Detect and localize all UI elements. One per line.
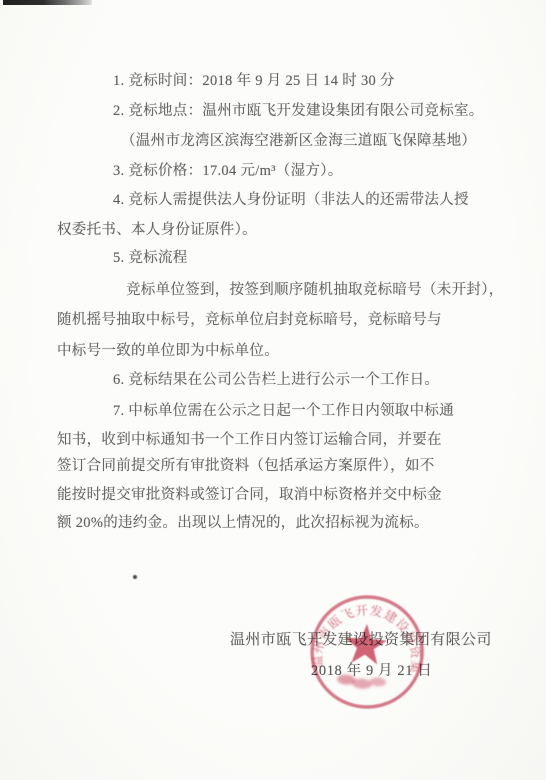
scanned-page: 1. 竞标时间：2018 年 9 月 25 日 14 时 30 分 2. 竞标地… <box>0 0 546 780</box>
doc-line-process-3: 中标号一致的单位即为中标单位。 <box>57 340 279 362</box>
star-icon <box>343 622 387 665</box>
doc-line-id-requirement2: 权委托书、本人身份证原件）。 <box>57 219 257 241</box>
doc-line-id-requirement: 4. 竞标人需提供法人身份证明（非法人的还需带法人授 <box>57 189 469 211</box>
seal-bottom-smudge <box>337 674 387 690</box>
doc-line-award-3: 签订合同前提交所有审批资料（包括承运方案原件），如不 <box>57 455 435 477</box>
doc-line-bid-place: 2. 竞标地点：温州市瓯飞开发建设集团有限公司竞标室。 <box>57 100 484 122</box>
doc-line-award-2: 知书，收到中标通知书一个工作日内签订运输合同，并要在 <box>57 429 442 451</box>
doc-line-process-title: 5. 竞标流程 <box>57 247 188 269</box>
doc-line-award-4: 能按时提交审批资料或签订合同，取消中标资格并交中标金 <box>57 484 442 506</box>
ink-dot <box>133 575 137 579</box>
doc-line-award-1: 7. 中标单位需在公示之日起一个工作日内领取中标通 <box>57 400 454 422</box>
doc-line-result-notice: 6. 竞标结果在公司公告栏上进行公示一个工作日。 <box>57 369 439 391</box>
doc-line-bid-place-note: （温州市龙湾区滨海空港新区金海三道瓯飞保障基地） <box>57 130 476 152</box>
company-seal-stamp: 温州市瓯飞开发建设投资集团有限公司 <box>302 589 432 719</box>
doc-line-bid-time: 1. 竞标时间：2018 年 9 月 25 日 14 时 30 分 <box>57 70 395 92</box>
doc-line-process-1: 竞标单位签到，按签到顺序随机抽取竞标暗号（未开封）， <box>57 279 504 301</box>
scanner-edge-artifact <box>3 0 92 5</box>
seal-graphic: 温州市瓯飞开发建设投资集团有限公司 <box>302 589 432 719</box>
doc-line-bid-price: 3. 竞标价格：17.04 元/m³（湿方）。 <box>57 160 343 182</box>
doc-line-award-5: 额 20%的违约金。出现以上情况的，此次招标视为流标。 <box>57 512 429 534</box>
doc-line-process-2: 随机摇号抽取中标号，竞标单位启封竞标暗号，竞标暗号与 <box>57 309 442 331</box>
